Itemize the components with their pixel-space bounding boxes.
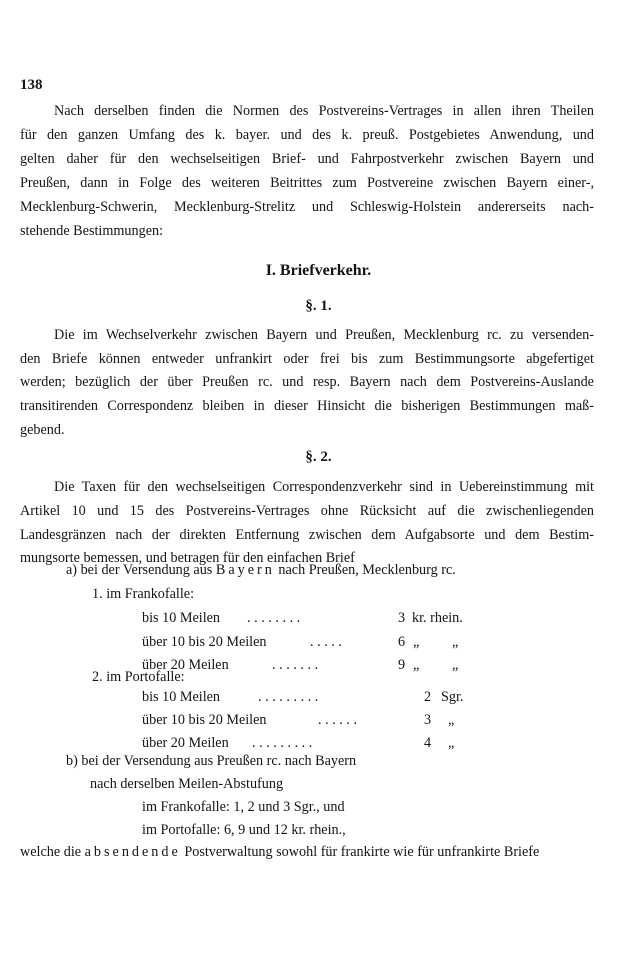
page-number: 138 <box>20 77 43 94</box>
paragraph-1-heading: §. 1. <box>0 298 637 315</box>
rate-amount: 9 <box>398 656 405 674</box>
p1-line-1: Die im Wechselverkehr zwischen Bayern un… <box>54 326 594 344</box>
intro-line-1: Nach derselben finden die Normen des Pos… <box>54 102 594 120</box>
leader-dots: . . . . . . . . . <box>258 688 318 706</box>
p1-line-4: transitirenden Correspondenz bleiben in … <box>20 397 594 415</box>
item-b-text: bei der Versendung aus Preußen rc. nach … <box>81 753 356 769</box>
item-a-line: a) bei der Versendung aus Bayern nach Pr… <box>66 561 456 579</box>
item-b-porto: im Portofalle: 6, 9 und 12 kr. rhein., <box>142 821 346 839</box>
p1-line-5: gebend. <box>20 421 65 439</box>
paragraph-2-heading: §. 2. <box>0 449 637 466</box>
leader-dots: . . . . . . . . . <box>252 734 312 752</box>
rate-amount: 2 <box>424 688 431 706</box>
item-a-label: a) <box>66 562 77 578</box>
rate-amount: 4 <box>424 734 431 752</box>
intro-line-4: Preußen, dann in Folge des weiteren Beit… <box>20 174 594 192</box>
rate-amount: 6 <box>398 633 405 651</box>
leader-dots: . . . . . <box>310 633 342 651</box>
document-page: 138 Nach derselben finden die Normen des… <box>0 0 637 960</box>
rate-distance: über 20 Meilen <box>142 734 229 752</box>
rate-distance: bis 10 Meilen <box>142 609 220 627</box>
ditto-mark: „ <box>413 656 419 674</box>
rate-distance: bis 10 Meilen <box>142 688 220 706</box>
sub-2-label: 2. im Portofalle: <box>92 668 185 686</box>
ditto-mark: „ <box>452 656 458 674</box>
p1-line-2: den Briefe können entweder unfrankirt od… <box>20 350 594 368</box>
intro-line-3: gelten daher für den wechselseitigen Bri… <box>20 150 594 168</box>
item-b-franko: im Frankofalle: 1, 2 und 3 Sgr., und <box>142 798 345 816</box>
leader-dots: . . . . . . <box>318 711 357 729</box>
leader-dots: . . . . . . . <box>272 656 318 674</box>
section-title: I. Briefverkehr. <box>0 262 637 280</box>
item-a-text-prefix: bei der Versendung aus <box>81 562 213 578</box>
rate-amount: 3 <box>398 609 405 627</box>
item-b-line-1: b) bei der Versendung aus Preußen rc. na… <box>66 752 356 770</box>
leader-dots: . . . . . . . . <box>247 609 300 627</box>
rate-unit: Sgr. <box>441 688 463 706</box>
intro-line-6: stehende Bestimmungen: <box>20 222 163 240</box>
closing-prefix: welche die <box>20 844 81 860</box>
item-a-text-suffix: nach Preußen, Mecklenburg rc. <box>278 562 455 578</box>
intro-line-2: für den ganzen Umfang des k. bayer. und … <box>20 126 594 144</box>
rate-distance: über 10 bis 20 Meilen <box>142 633 267 651</box>
item-b-line-2: nach derselben Meilen-Abstufung <box>90 775 283 793</box>
ditto-mark: „ <box>448 711 454 729</box>
closing-suffix: Postverwaltung sowohl für frankirte wie … <box>184 844 539 860</box>
closing-spaced-word: absendende <box>85 844 181 860</box>
intro-line-5: Mecklenburg-Schwerin, Mecklenburg-Streli… <box>20 198 594 216</box>
ditto-mark: „ <box>448 734 454 752</box>
rate-distance: über 10 bis 20 Meilen <box>142 711 267 729</box>
ditto-mark: „ <box>413 633 419 651</box>
sub-1-label: 1. im Frankofalle: <box>92 585 194 603</box>
item-a-origin-spaced: Bayern <box>216 562 275 578</box>
closing-line: welche die absendende Postverwaltung sow… <box>20 843 539 861</box>
p1-line-3: werden; bezüglich der über Preußen rc. u… <box>20 373 594 391</box>
ditto-mark: „ <box>452 633 458 651</box>
p2-line-1: Die Taxen für den wechselseitigen Corres… <box>54 478 594 496</box>
p2-line-3: Landesgränzen nach der direkten Entfernu… <box>20 526 594 544</box>
item-b-label: b) <box>66 753 78 769</box>
rate-amount: 3 <box>424 711 431 729</box>
p2-line-2: Artikel 10 und 15 des Postvereins-Vertra… <box>20 502 594 520</box>
rate-unit: kr. rhein. <box>412 609 463 627</box>
